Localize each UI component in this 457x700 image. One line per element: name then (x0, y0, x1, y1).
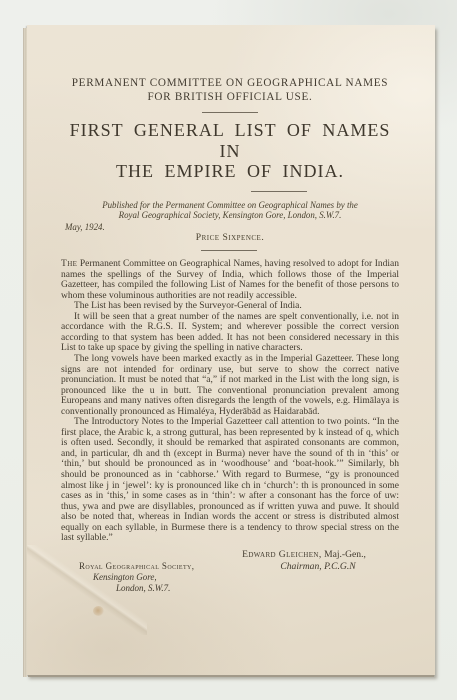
divider-rule (201, 250, 257, 251)
signatory-name-line: Edward Gleichen, Maj.-Gen., (204, 549, 404, 561)
paragraph-2: The List has been revised by the Surveyo… (61, 301, 399, 312)
committee-heading-line1: PERMANENT COMMITTEE ON GEOGRAPHICAL NAME… (61, 77, 399, 91)
paragraph-5: The Introductory Notes to the Imperial G… (61, 417, 399, 544)
paragraph-1-text: Permanent Committee on Geographical Name… (61, 259, 399, 301)
document-title: FIRST GENERAL LIST OF NAMES IN THE EMPIR… (61, 120, 399, 182)
body-text: The Permanent Committee on Geographical … (61, 259, 399, 544)
divider-rule (202, 112, 258, 113)
document-page: PERMANENT COMMITTEE ON GEOGRAPHICAL NAME… (27, 25, 435, 675)
imprint-statement: Published for the Permanent Committee on… (61, 200, 399, 222)
paragraph-4: The long vowels have been marked exactly… (61, 354, 399, 417)
paragraph-1: The Permanent Committee on Geographical … (61, 259, 399, 301)
document-title-line1: FIRST GENERAL LIST OF NAMES IN (61, 120, 399, 161)
footer: Edward Gleichen, Maj.-Gen., Chairman, P.… (61, 549, 399, 594)
document-title-line2: THE EMPIRE OF INDIA. (61, 161, 399, 182)
lead-word: The (61, 259, 77, 269)
scanner-background: PERMANENT COMMITTEE ON GEOGRAPHICAL NAME… (0, 0, 457, 700)
imprint-line1: Published for the Permanent Committee on… (61, 200, 399, 211)
foxing-stain (93, 606, 104, 616)
page-content: PERMANENT COMMITTEE ON GEOGRAPHICAL NAME… (27, 25, 435, 594)
address-line2: Kensington Gore, (93, 572, 399, 583)
publication-date: May, 1924. (65, 222, 399, 232)
committee-heading: PERMANENT COMMITTEE ON GEOGRAPHICAL NAME… (61, 77, 399, 104)
address-line3: London, S.W.7. (116, 583, 399, 594)
divider-rule (251, 191, 307, 192)
paragraph-3: It will be seen that a great number of t… (61, 312, 399, 354)
imprint-line2: Royal Geographical Society, Kensington G… (61, 210, 399, 221)
committee-heading-line2: FOR BRITISH OFFICIAL USE. (61, 91, 399, 105)
signatory-rank: Maj.-Gen., (322, 549, 366, 560)
signatory-name: Edward Gleichen, (242, 549, 322, 560)
price-label: Price Sixpence. (61, 232, 399, 243)
